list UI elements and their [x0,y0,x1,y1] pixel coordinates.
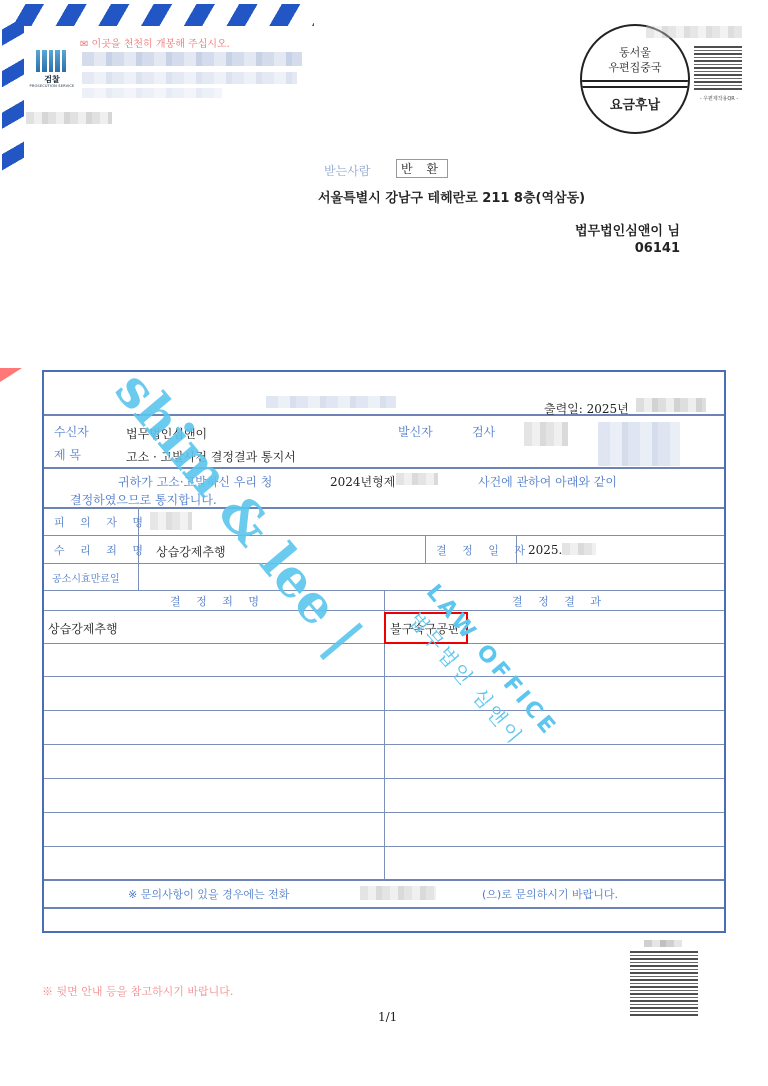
recipient-label: 받는사람 [324,162,370,179]
charge-value: 상습강제추행 [156,543,226,560]
redacted-case-number [396,473,438,485]
redacted-barcode-label [644,940,682,947]
return-stamp: 반 환 [396,159,448,178]
postmark-postage: 요금후납 [582,94,688,113]
footer-note: ※ 뒷면 안내 등을 참고하시기 바랍니다. [42,983,233,999]
contact-text-2: (으)로 문의하시기 바랍니다. [482,886,618,902]
redacted-postal-info [646,26,742,38]
sender-label: 발신자 [398,423,433,440]
notice-text-2: 사건에 관하여 아래와 같이 [478,473,617,490]
column-decision-result: 결 정 결 과 [512,593,607,609]
recipient-field-label: 수신자 [54,423,89,440]
redacted-office-name [266,396,396,408]
postmark-office: 동서울 [582,44,688,60]
recipient-address: 서울특별시 강남구 테헤란로 211 8층(역삼동) [318,187,585,206]
notice-form: 출력일: 2025년 수신자 법무법인심앤이 발신자 검사 제 목 고소 · 고… [42,370,726,933]
postmark-center: 우편집중국 [582,59,688,75]
case-number: 2024년형제 [330,473,395,490]
fold-marker [0,368,22,382]
postmark: 동서울 우편집중국 요금후납 [580,24,690,134]
decision-date-value: 2025. [528,543,562,557]
redacted-prosecutor-seal [598,422,680,466]
redacted-sender-info [26,112,112,124]
postmark-divider [582,80,688,88]
addressee-name: 법무법인심앤이 님 [575,220,680,239]
statute-label: 공소시효만료일 [52,570,120,585]
logo-subtitle: PROSECUTION SERVICE [26,84,78,88]
print-date: 출력일: 2025년 [544,400,629,417]
contact-text-1: ※ 문의사항이 있을 경우에는 전화 [128,886,289,902]
envelope-stripe-left [2,18,24,178]
charge-label: 수 리 죄 명 [54,542,149,558]
prosecution-logo-icon [36,50,66,72]
redacted-phone-number [360,886,436,900]
redacted-suspect-name [150,512,192,530]
qr-code-icon [694,44,742,90]
column-decision-charge: 결 정 죄 명 [170,593,265,609]
qr-caption: - 우편제작용QR - [686,95,752,102]
result-row-charge: 상습강제추행 [48,620,118,637]
redacted-sender-address [82,52,302,66]
suspect-label: 피 의 자 명 [54,514,149,530]
redacted-sender-address [82,72,297,84]
postcode: 06141 [635,241,680,256]
envelope-stripe-top [14,4,314,26]
open-instruction: ✉ 이곳을 천천히 개봉해 주십시오. [80,35,230,50]
redacted-print-date [636,398,706,412]
redacted-decision-date [562,543,596,555]
sender-title: 검사 [472,423,495,440]
page-number: 1/1 [378,1010,397,1024]
decision-date-label: 결 정 일 자 [436,542,531,558]
redacted-prosecutor-name [524,422,568,446]
subject-label: 제 목 [54,446,81,463]
document-barcode-icon [630,950,698,1016]
redacted-sender-address [82,88,222,98]
